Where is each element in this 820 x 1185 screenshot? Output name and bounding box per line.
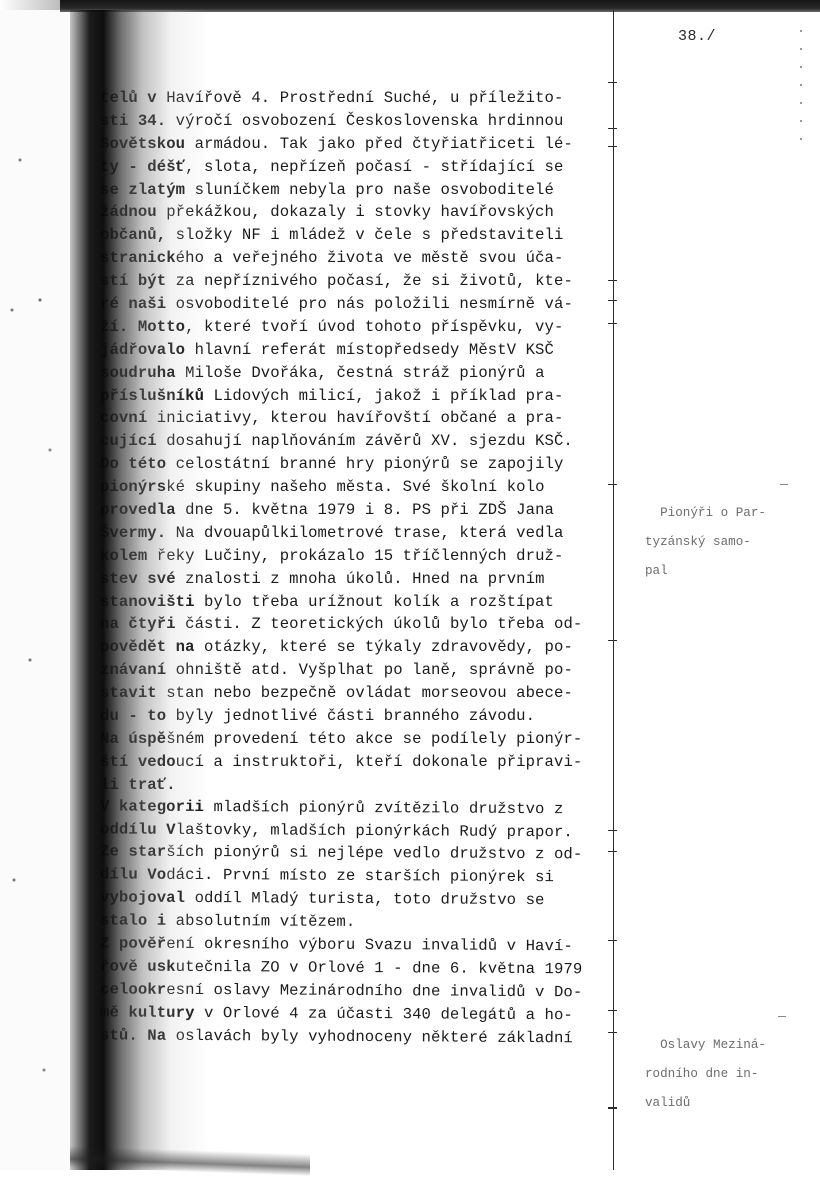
facing-page-edge (0, 10, 80, 1170)
margin-note-line: rodního dne in- (645, 1067, 758, 1081)
text-line-rest: ého a veřejného života ve městě svou úča… (176, 249, 564, 267)
rule-tick-mark (608, 280, 617, 281)
text-line-rest: otázky, které se týkaly zdravovědy, po- (195, 638, 573, 656)
rule-tick-mark (608, 1010, 617, 1011)
margin-note-line: pal (645, 564, 668, 578)
rule-tick-mark (608, 323, 617, 324)
rule-tick-mark (608, 640, 617, 641)
text-line-rest: stan nebo bezpečně ovládat morseovou abe… (157, 684, 573, 702)
text-line-rest: dne 5. května 1979 i 8. PS při ZDŠ Jana (176, 501, 554, 519)
rule-tick-mark (608, 128, 617, 129)
page-number: 38./ (678, 28, 716, 45)
rule-tick-mark (608, 851, 617, 852)
margin-note-mark (780, 484, 788, 485)
rule-tick-mark (608, 146, 617, 147)
margin-note-invalids-day: Oslavy Meziná- rodního dne in- validů (645, 1023, 815, 1110)
text-line-rest: armádou. Tak jako před čtyřiatřiceti lé- (185, 135, 573, 153)
text-line-rest: osvoboditelé pro nás položili nesmírně v… (166, 295, 573, 313)
text-line-rest: , které tvoří úvod tohoto příspěvku, vy- (185, 318, 563, 336)
text-line-rest: znalosti z mnoha úkolů. Hned na prvním (176, 570, 545, 588)
text-line-rest: mladších pionýrů zvítězilo družstvo z (204, 798, 564, 818)
text-line-rest: byly jednotlivé části branného závodu. (166, 707, 535, 725)
text-line-rest: ších pionýrů si nejlépe vedlo družstvo z… (166, 843, 582, 864)
rule-tick-mark (608, 1108, 617, 1109)
text-line-rest: Lidových milicí, jakož i příklad pra- (204, 387, 563, 405)
text-line-rest: za nepříznivého počasí, že si životů, kt… (166, 272, 573, 290)
text-line-rest: ohniště atd. Vyšplhat po laně, správně p… (166, 661, 573, 679)
rule-tick-mark (608, 940, 617, 941)
text-line-rest: části. Z teoretických úkolů bylo třeba o… (176, 615, 583, 633)
page-edge-marks (800, 30, 802, 150)
text-line-rest: laštovky, mladších pionýrkách Rudý prapo… (176, 820, 573, 840)
text-line-rest: ení okresního výboru Svazu invalidů v Ha… (166, 935, 573, 955)
text-line-rest: Havířově 4. Prostřední Suché, u příležit… (166, 89, 563, 107)
rule-tick-mark (608, 830, 617, 831)
text-line-rest: výročí osvobození Československa hrdinno… (166, 112, 563, 130)
margin-note-line: Oslavy Meziná- (660, 1038, 766, 1052)
text-line-rest: esní oslavy Mezinárodního dne invalidů v… (166, 981, 582, 1002)
margin-note-partisans: Pionýři o Par- tyzánský samo- pal (645, 491, 815, 578)
rule-tick-mark (608, 82, 617, 83)
text-line-rest: Na dvouapůlkilometrové trase, která vedl… (166, 524, 563, 542)
text-line-rest: celostátní branné hry pionýrů se zapojil… (166, 455, 563, 473)
text-line-rest: ké skupiny našeho města. Své školní kolo (166, 478, 544, 496)
rule-tick-mark (608, 300, 617, 301)
margin-note-mark (778, 1016, 786, 1017)
text-line-rest: utečnila ZO v Orlové 1 - dne 6. května 1… (176, 958, 583, 978)
text-line-rest: Miloše Dvořáka, čestná stráž pionýrů a (176, 364, 545, 382)
text-line-rest: překážkou, dokazaly i stovky havířovskýc… (157, 203, 554, 221)
margin-rule-line (613, 10, 614, 1170)
text-line-rest: v Orlové 4 za účasti 340 delegátů a ho- (195, 1004, 573, 1024)
margin-note-line: Pionýři o Par- (660, 506, 766, 520)
text-line-rest: , slota, nepřízeň počasí - střídající se (185, 158, 563, 176)
margin-note-line: validů (645, 1096, 690, 1110)
rule-tick-mark (608, 1032, 617, 1033)
text-line-rest: oslavách byly vyhodnoceny některé základ… (166, 1026, 573, 1046)
margin-note-line: tyzánský samo- (645, 535, 751, 549)
page-bottom-shadow (70, 1146, 310, 1176)
text-line-rest: dosahují naplňováním závěrů XV. sjezdu K… (157, 432, 573, 450)
text-line-rest: šném provedení této akce se podílely pio… (166, 730, 582, 748)
text-line-rest: složky NF i mládež v čele s představitel… (166, 226, 563, 244)
text-line-rest: sluníčkem nebyla pro naše osvoboditelé (185, 181, 554, 199)
text-line-rest: hlavní referát místopředsedy MěstV KSČ (185, 341, 554, 359)
text-line-rest: ucí a instruktoři, kteří dokonale připra… (176, 753, 583, 771)
text-line-rest: dáci. První místo ze starších pionýrek s… (166, 866, 554, 886)
text-line-rest: bylo třeba urížnout kolík a rozštípat (195, 593, 554, 611)
text-line-rest: oddíl Mladý turista, toto družstvo se (185, 889, 545, 909)
binding-gutter-shadow (70, 10, 210, 1170)
rule-tick-mark (608, 484, 617, 485)
